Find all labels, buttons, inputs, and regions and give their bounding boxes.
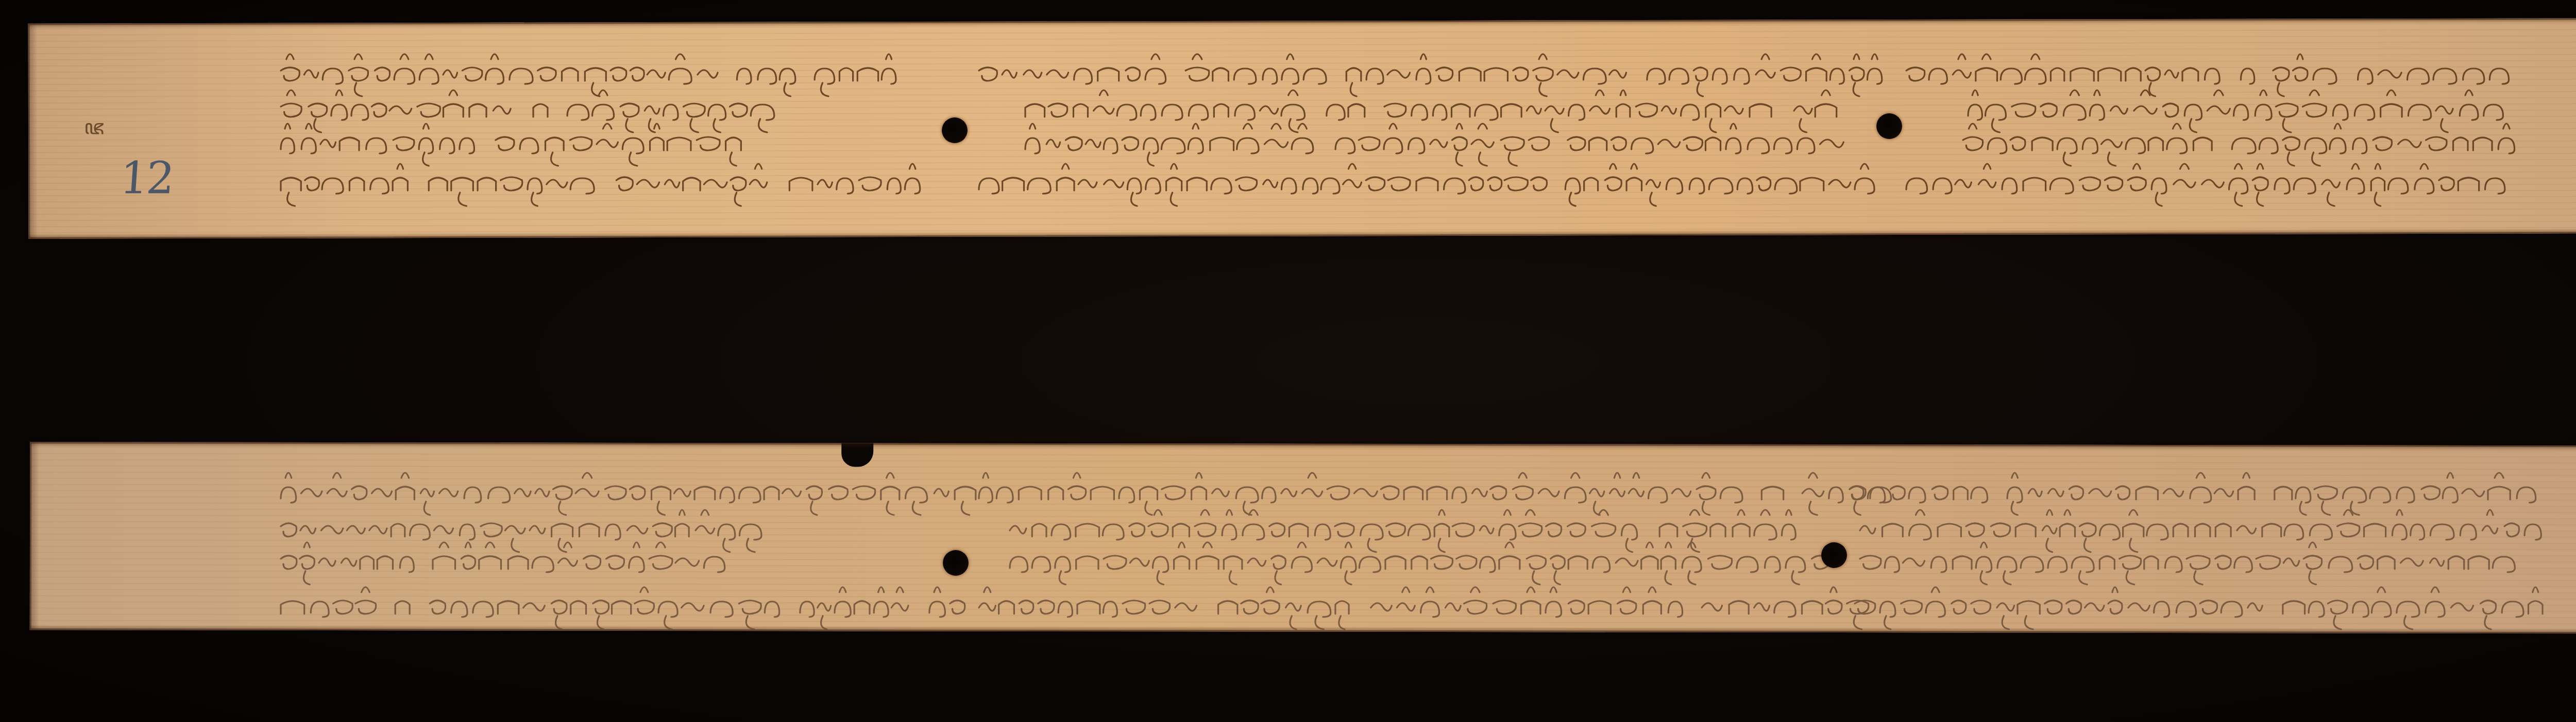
script-lines	[281, 473, 2543, 629]
balinese-script-text	[0, 0, 2576, 722]
binding-hole	[942, 117, 968, 143]
dark-backdrop: ꦗ 12	[0, 0, 2576, 722]
script-lines	[281, 54, 2515, 206]
binding-hole	[1876, 113, 1902, 139]
binding-hole	[943, 550, 969, 576]
binding-hole	[1821, 542, 1847, 568]
